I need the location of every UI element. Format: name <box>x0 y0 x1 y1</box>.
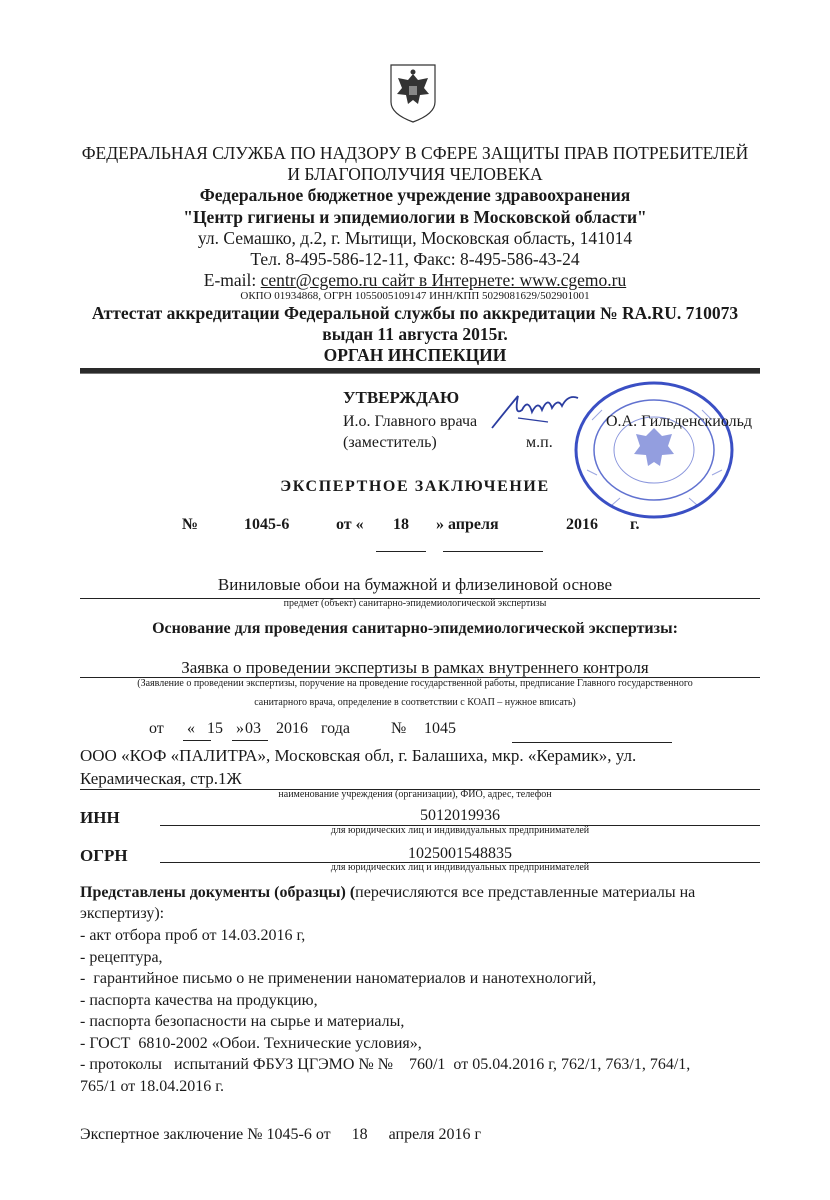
page-footer: Экспертное заключение № 1045-6 от18апрел… <box>80 1125 481 1145</box>
document-item: - рецептура, <box>80 947 780 969</box>
approval-position: И.о. Главного врача <box>343 412 477 432</box>
accreditation-line1: Аттестат аккредитации Федеральной службы… <box>0 302 830 324</box>
conclusion-year: 2016 <box>566 516 598 534</box>
basis-number: 1045 <box>424 719 456 739</box>
basis-month-underline <box>232 740 268 741</box>
document-title: ЭКСПЕРТНОЕ ЗАКЛЮЧЕНИЕ <box>0 478 830 496</box>
institution-phone: Тел. 8-495-586-12-11, Факс: 8-495-586-43… <box>0 248 830 270</box>
basis-heading: Основание для проведения санитарно-эпиде… <box>0 620 830 638</box>
agency-name-line1: ФЕДЕРАЛЬНАЯ СЛУЖБА ПО НАДЗОРУ В СФЕРЕ ЗА… <box>0 142 830 164</box>
signatory-name: О.А. Гильденскиольд <box>606 412 752 432</box>
basis-open-quote: « <box>187 719 195 739</box>
conclusion-number: 1045-6 <box>244 516 289 534</box>
basis-year: 2016 <box>276 719 308 739</box>
accreditation-line2: выдан 11 августа 2015г. <box>0 323 830 345</box>
basis-year-label: года <box>321 719 350 739</box>
inn-value: 5012019936 <box>160 806 760 826</box>
document-item: - протоколы испытаний ФБУЗ ЦГЭМО № № 760… <box>80 1054 780 1076</box>
applicant-caption: наименование учреждения (организации), Ф… <box>0 789 830 801</box>
basis-from-label: от <box>149 719 164 739</box>
document-item: - акт отбора проб от 14.03.2016 г, <box>80 925 780 947</box>
documents-heading-line2: экспертизу): <box>80 903 164 925</box>
basis-number-sign: № <box>391 719 406 739</box>
expertise-subject: Виниловые обои на бумажной и флизелиново… <box>0 575 830 595</box>
day-underline <box>376 551 426 552</box>
applicant-line2: Керамическая, стр.1Ж <box>80 769 242 789</box>
applicant-line1: ООО «КОФ «ПАЛИТРА», Московская обл, г. Б… <box>80 746 636 766</box>
signature-icon <box>488 388 583 438</box>
conclusion-day: 18 <box>393 516 409 534</box>
footer-rest: апреля 2016 г <box>389 1126 481 1143</box>
institution-name-line1: Федеральное бюджетное учреждение здравоо… <box>0 184 830 206</box>
month-underline <box>443 551 543 552</box>
documents-heading-bold: Представлены документы (образцы) ( <box>80 884 355 901</box>
document-item: - паспорта качества на продукцию, <box>80 990 780 1012</box>
ogrn-value: 1025001548835 <box>160 844 760 864</box>
number-sign: № <box>182 516 198 534</box>
basis-caption-line1: (Заявление о проведении экспертизы, пору… <box>0 678 830 690</box>
documents-heading: Представлены документы (образцы) (перечи… <box>80 882 790 904</box>
body-type: ОРГАН ИНСПЕКЦИИ <box>0 344 830 366</box>
institution-address: ул. Семашко, д.2, г. Мытищи, Московская … <box>0 227 830 249</box>
institution-name-line2: "Центр гигиены и эпидемиологии в Московс… <box>0 206 830 228</box>
documents-heading-rest: перечисляются все представленные материа… <box>355 884 695 901</box>
russian-coat-of-arms-icon <box>388 62 438 124</box>
header-divider <box>80 368 760 374</box>
ogrn-caption: для юридических лиц и индивидуальных пре… <box>160 862 760 874</box>
conclusion-month: » апреля <box>436 516 499 534</box>
date-from-label: от « <box>336 516 364 534</box>
basis-caption-line2: санитарного врача, определение в соответ… <box>0 697 830 709</box>
official-stamp-icon <box>572 380 737 520</box>
footer-text: Экспертное заключение № 1045-6 от <box>80 1126 331 1143</box>
document-item: - ГОСТ 6810-2002 «Обои. Технические усло… <box>80 1033 780 1055</box>
email-link[interactable]: centr@cgemo.ru <box>261 270 378 290</box>
document-item: - паспорта безопасности на сырье и матер… <box>80 1011 780 1033</box>
basis-value: Заявка о проведении экспертизы в рамках … <box>0 658 830 678</box>
approval-position-note: (заместитель) <box>343 433 437 453</box>
inn-label: ИНН <box>80 808 120 828</box>
institution-contacts: E-mail: centr@cgemo.ru сайт в Интернете:… <box>0 269 830 291</box>
approval-title: УТВЕРЖДАЮ <box>343 388 459 408</box>
basis-day-underline <box>183 740 211 741</box>
basis-day: 15 <box>195 719 235 739</box>
document-item: - гарантийное письмо о не применении нан… <box>80 968 780 990</box>
conclusion-year-suffix: г. <box>630 516 639 534</box>
basis-number-underline <box>512 742 672 743</box>
ogrn-label: ОГРН <box>80 846 128 866</box>
email-label: E-mail: <box>204 270 261 290</box>
subject-caption: предмет (объект) санитарно-эпидемиологич… <box>0 598 830 610</box>
website-link[interactable]: сайт в Интернете: www.cgemo.ru <box>377 270 626 290</box>
inn-caption: для юридических лиц и индивидуальных пре… <box>160 825 760 837</box>
document-item: 765/1 от 18.04.2016 г. <box>80 1076 780 1098</box>
documents-list: - акт отбора проб от 14.03.2016 г, - рец… <box>80 925 780 1097</box>
agency-name-line2: И БЛАГОПОЛУЧИЯ ЧЕЛОВЕКА <box>0 163 830 185</box>
footer-day: 18 <box>331 1125 389 1145</box>
institution-codes: ОКПО 01934868, ОГРН 1055005109147 ИНН/КП… <box>0 290 830 302</box>
